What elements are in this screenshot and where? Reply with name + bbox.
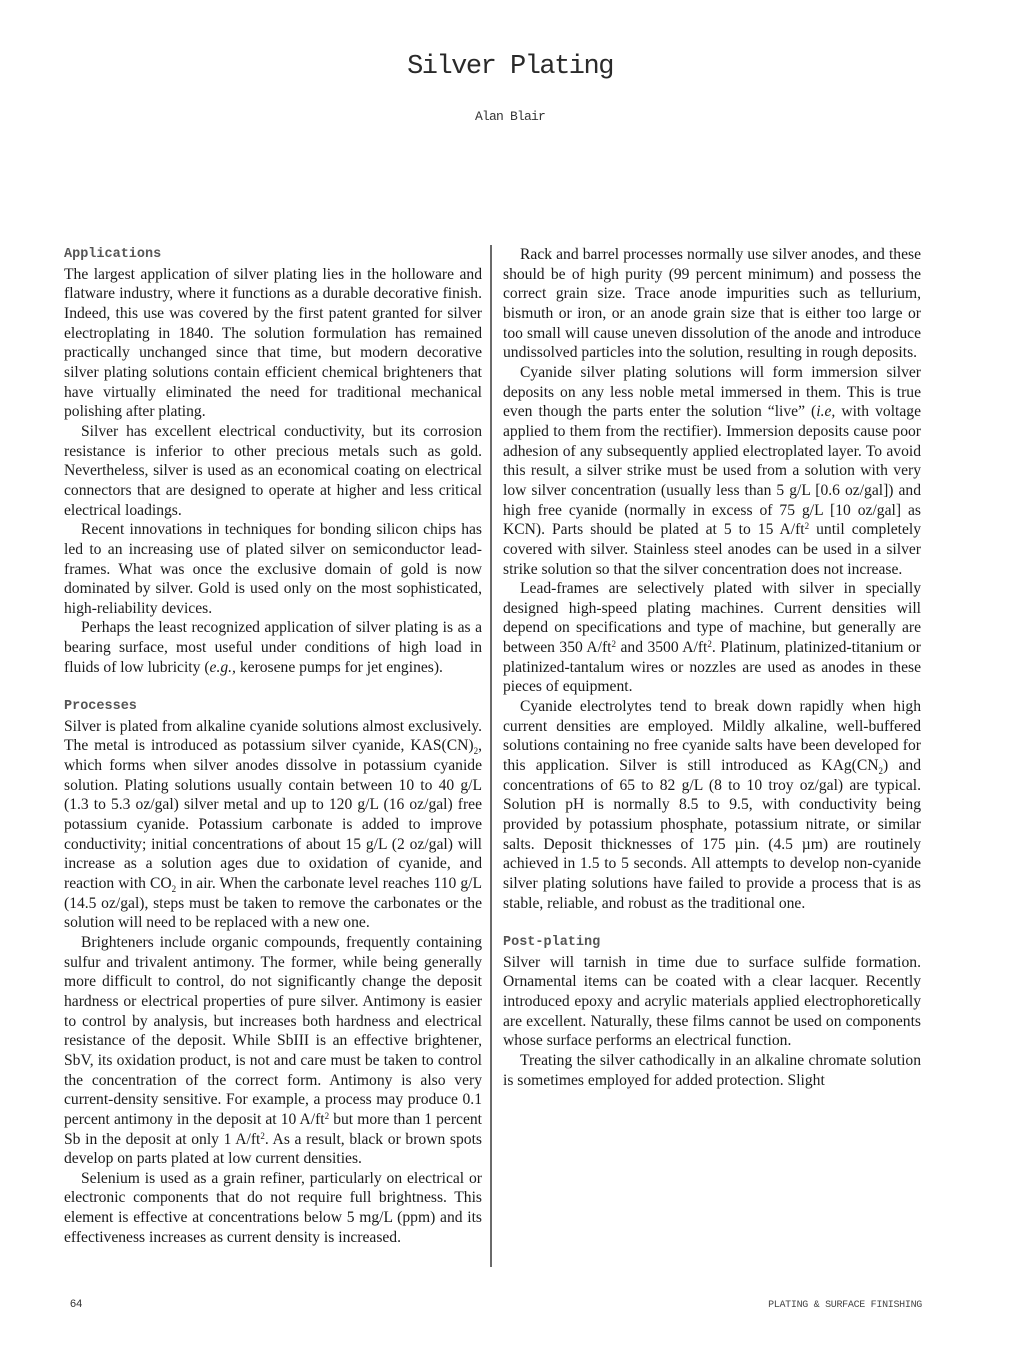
running-footer: PLATING & SURFACE FINISHING — [768, 1300, 922, 1311]
section-heading-post-plating: Post-plating — [503, 933, 921, 953]
left-column: Applications The largest application of … — [64, 245, 482, 1247]
article-title: Silver Plating — [0, 52, 1020, 82]
paragraph: Cyanide silver plating solutions will fo… — [503, 363, 921, 579]
page-number: 64 — [70, 1298, 82, 1310]
paragraph: Silver will tarnish in time due to surfa… — [503, 953, 921, 1051]
section-heading-applications: Applications — [64, 245, 482, 265]
paragraph: Brighteners include organic compounds, f… — [64, 933, 482, 1169]
paragraph: Silver has excellent electrical conducti… — [64, 422, 482, 520]
section-heading-processes: Processes — [64, 697, 482, 717]
right-column: Rack and barrel processes normally use s… — [503, 245, 921, 1090]
paragraph: Lead-frames are selectively plated with … — [503, 579, 921, 697]
article-author: Alan Blair — [0, 109, 1020, 124]
paragraph: Recent innovations in techniques for bon… — [64, 520, 482, 618]
paragraph: Perhaps the least recognized application… — [64, 618, 482, 677]
paragraph: Silver is plated from alkaline cyanide s… — [64, 717, 482, 933]
paragraph: Cyanide electrolytes tend to break down … — [503, 697, 921, 913]
paragraph: Treating the silver cathodically in an a… — [503, 1051, 921, 1090]
column-divider — [490, 245, 492, 1267]
paragraph: Selenium is used as a grain refiner, par… — [64, 1169, 482, 1248]
paragraph: The largest application of silver platin… — [64, 265, 482, 422]
paragraph: Rack and barrel processes normally use s… — [503, 245, 921, 363]
